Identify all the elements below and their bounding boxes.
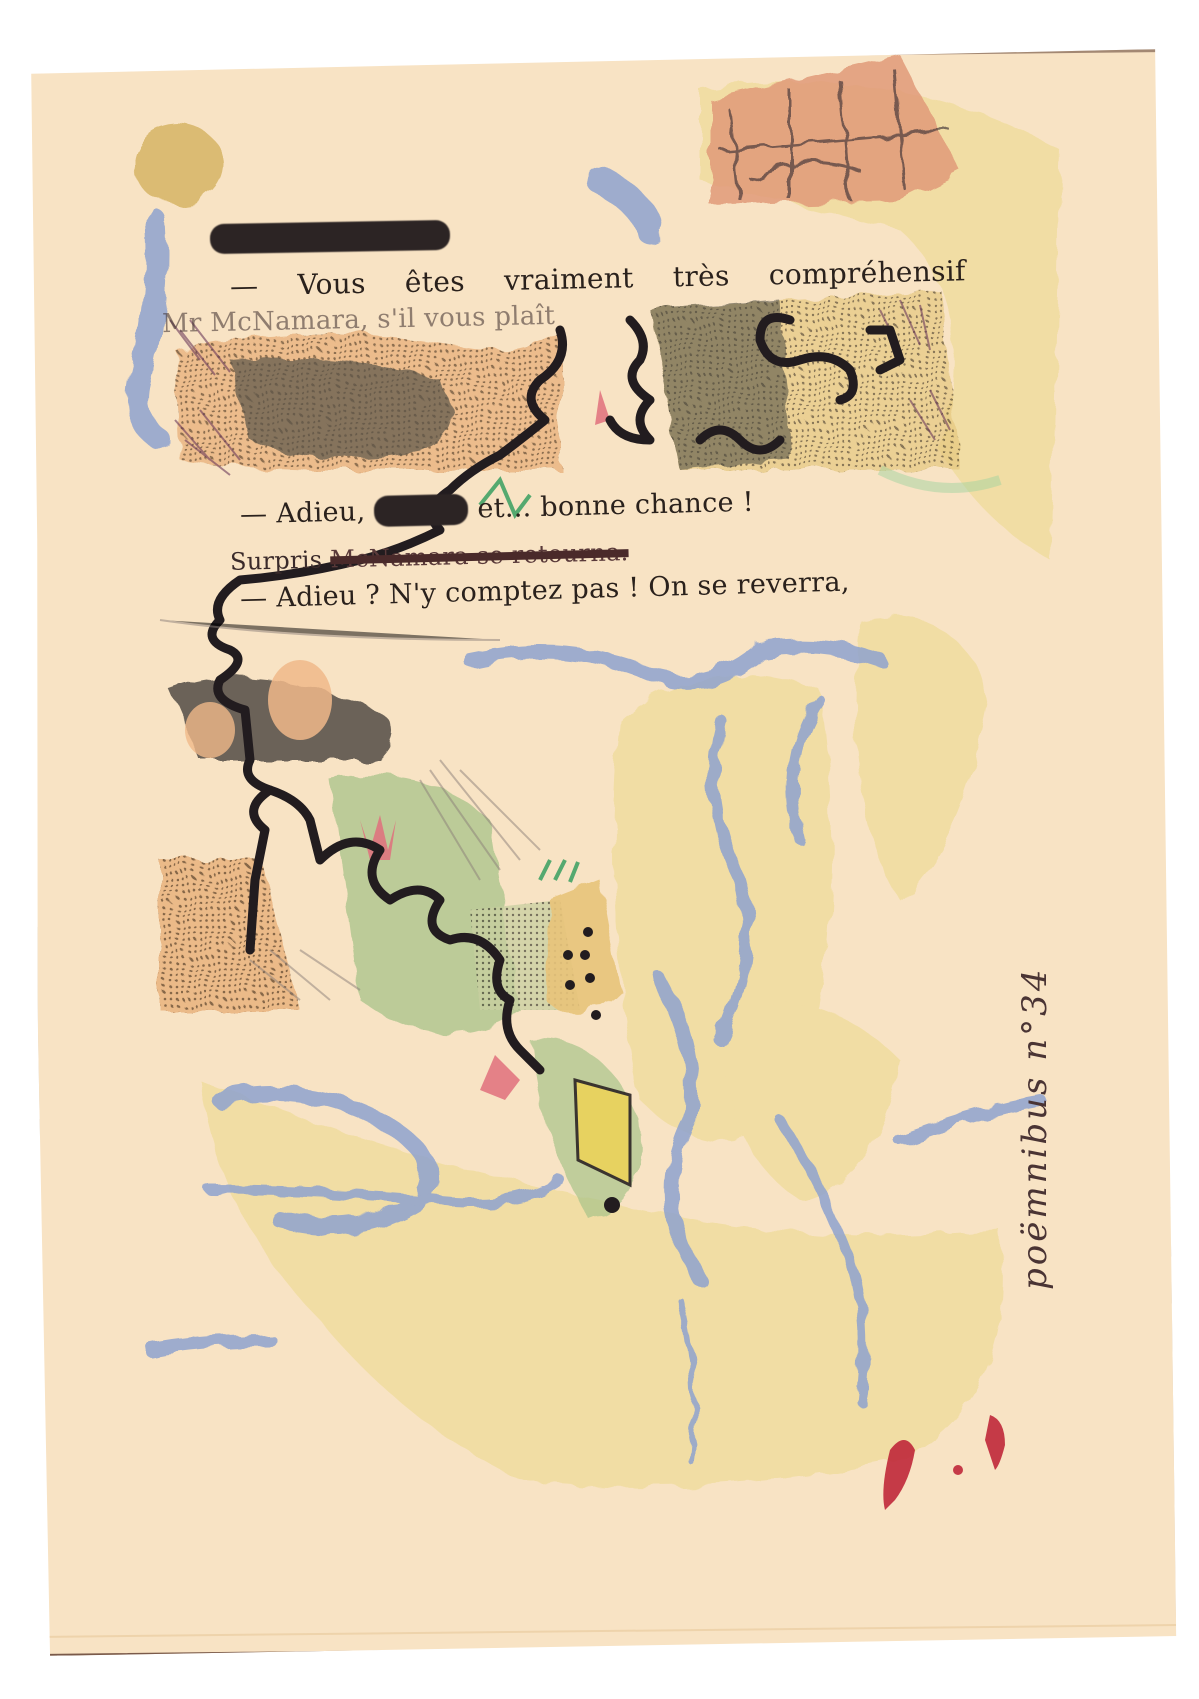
signature: poëmnibus n°34	[1015, 967, 1055, 1290]
line3-prefix: — Adieu,	[240, 496, 366, 530]
collage-artwork	[0, 0, 1199, 1699]
brick-block	[710, 55, 960, 205]
line4-prefix: Surpris	[230, 546, 323, 576]
redacted-heading: Soudainement	[210, 220, 450, 254]
signature-wrapper: poëmnibus n°34	[1015, 1290, 1016, 1291]
line3-struck-word: Fabian	[374, 494, 469, 527]
ochre-spot	[133, 124, 223, 204]
